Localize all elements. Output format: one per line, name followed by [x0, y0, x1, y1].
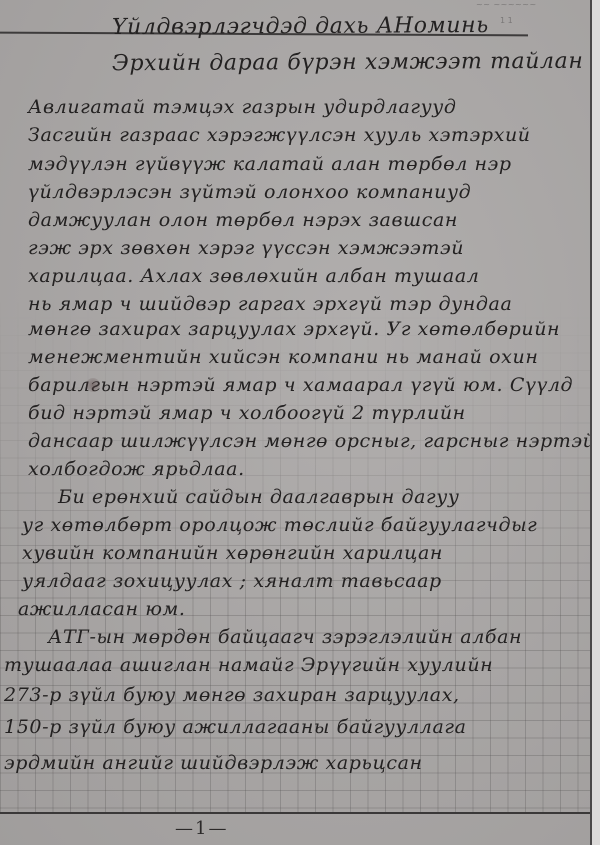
body-line-21: тушаалаа ашиглан намайг Эрүүгийн хуулийн: [4, 654, 493, 676]
body-line-15: Би ерөнхий сайдын даалгаврын дагуу: [58, 486, 460, 508]
archive-stamp: ~~ ~~~~~~: [476, 0, 537, 9]
body-line-5: дамжуулан олон төрбөл нэрэх завшсан: [28, 209, 458, 231]
body-line-6: гэж эрх зөвхөн хэрэг үүссэн хэмжээтэй: [28, 237, 464, 259]
document-page: ~~ ~~~~~~ 1 1 Үйлдвэрлэгчдэд дахь АНомин…: [0, 0, 592, 845]
footer-rule: [0, 812, 590, 814]
body-line-13: дансаар шилжүүлсэн мөнгө орсныг, гарсныг…: [28, 430, 592, 452]
body-line-23: 150-р зүйл буюу ажиллагааны байгууллага: [4, 716, 467, 738]
body-line-11: барилгын нэртэй ямар ч хамаарал үгүй юм.…: [28, 374, 573, 396]
body-line-1: Авлигатай тэмцэх газрын удирдлагууд: [28, 96, 457, 118]
body-line-3: мэдүүлэн гүйвүүж калатай алан төрбөл нэр: [28, 153, 512, 175]
title-line-2: Эрхийн дараа бүрэн хэмжээт тайлан: [112, 49, 584, 76]
scan-margin: [592, 0, 600, 845]
title-line-1: Үйлдвэрлэгчдэд дахь АНоминь: [112, 13, 489, 40]
body-line-19: ажилласан юм.: [18, 598, 186, 620]
body-line-24: эрдмийн ангийг шийдвэрлэж харьцсан: [4, 752, 423, 774]
body-line-4: үйлдвэрлэсэн зүйтэй олонхоо компаниуд: [28, 181, 471, 203]
body-line-12: бид нэртэй ямар ч холбоогүй 2 түрлийн: [28, 402, 466, 424]
body-line-18: уялдааг зохицуулах ; хяналт тавьсаар: [22, 570, 442, 592]
body-line-8: нь ямар ч шийдвэр гаргах эрхгүй тэр дунд…: [28, 293, 512, 315]
body-line-20: АТГ-ын мөрдөн байцаагч зэрэглэлийн албан: [48, 626, 522, 648]
body-line-7: харилцаа. Ахлах зөвлөхийн албан тушаал: [28, 265, 479, 287]
ink-smudge: [86, 378, 100, 392]
body-line-16: уг хөтөлбөрт оролцож төслийг байгуулагчд…: [22, 514, 537, 536]
body-line-9: мөнгө захирах зарцуулах эрхгүй. Уг хөтөл…: [28, 318, 560, 340]
body-line-14: холбогдож ярьдлаа.: [28, 458, 245, 480]
body-line-10: менежментийн хийсэн компани нь манай охи…: [28, 346, 538, 368]
body-line-2: Засгийн газраас хэрэгжүүлсэн хууль хэтэр…: [28, 124, 531, 146]
body-line-22: 273-р зүйл буюу мөнгө захиран зарцуулах,: [4, 684, 460, 706]
archive-stamp-mark: 1 1: [500, 16, 513, 25]
page-number: —1—: [175, 818, 228, 839]
body-line-17: хувийн компанийн хөрөнгийн харилцан: [22, 542, 443, 564]
